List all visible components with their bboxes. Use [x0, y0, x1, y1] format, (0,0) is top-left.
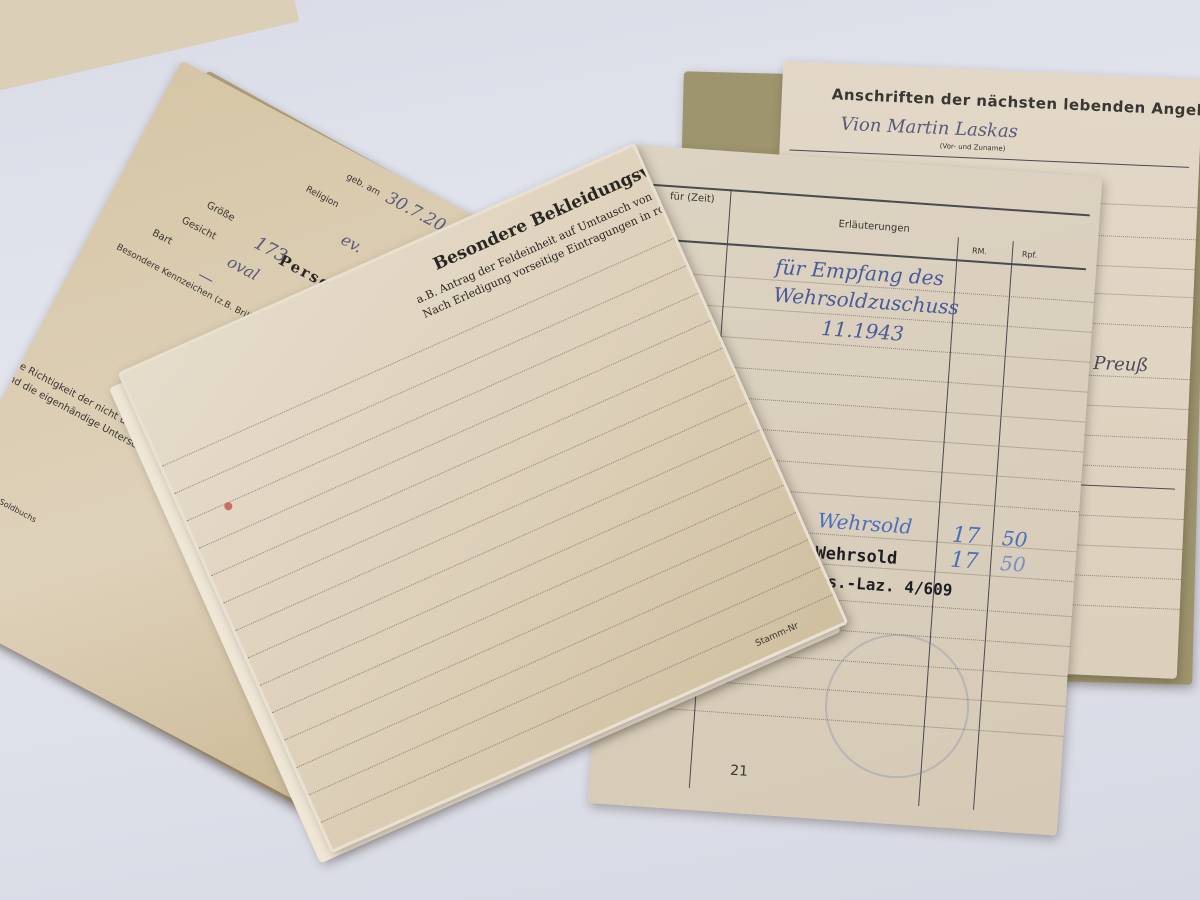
- field-label: Größe: [205, 200, 237, 224]
- footer-label: Ausstellung des Soldbuchs: [0, 466, 38, 524]
- column-header-time: für (Zeit): [670, 191, 715, 205]
- page-number: 21: [730, 763, 749, 780]
- column-header-rm: RM.: [972, 246, 988, 256]
- column-header-explanations: Erläuterungen: [838, 219, 910, 235]
- religion-value: ev.: [338, 230, 366, 257]
- field-label: Gesicht: [180, 215, 218, 242]
- faded-round-stamp: [820, 629, 974, 783]
- photo-scene: Anschriften der nächsten lebenden Angehö…: [0, 0, 1200, 900]
- name-caption: (Vor- und Zuname): [940, 142, 1006, 153]
- handwritten-entry: 11.1943: [820, 316, 904, 346]
- red-ink-mark: [223, 501, 234, 512]
- amount-rm: 17: [950, 548, 980, 575]
- amount-rm: 17: [951, 523, 981, 550]
- born-label: geb. am: [344, 172, 381, 198]
- handwritten-name: Vion Martin Laskas: [840, 114, 1018, 143]
- field-label: Bart: [150, 228, 174, 248]
- background-paper-sheet: [0, 0, 299, 96]
- religion-label: Religion: [304, 185, 340, 211]
- amount-rpf: 50: [999, 551, 1026, 577]
- column-header-rpf: Rpf.: [1022, 250, 1038, 260]
- field-value: oval: [224, 252, 262, 284]
